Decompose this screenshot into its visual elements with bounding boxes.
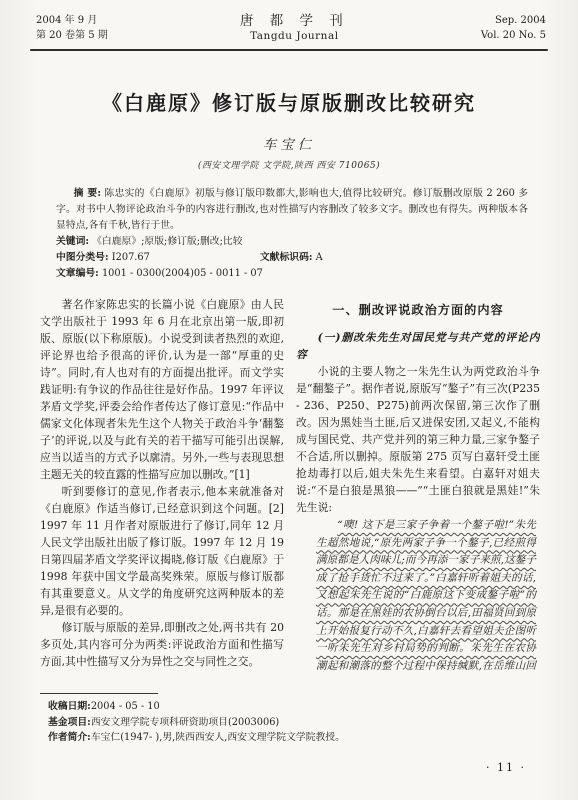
fund-project-label: 基金项目: <box>48 717 91 728</box>
received-date-line: 收稿日期:2004 - 05 - 10 <box>48 699 533 715</box>
doc-code-value: A <box>316 252 323 263</box>
received-date-value: 2004 - 05 - 10 <box>91 701 160 712</box>
article-title: 《白鹿原》修订版与原版删改比较研究 <box>0 87 578 116</box>
article-body: 著名作家陈忠实的长篇小说《白鹿原》由人民文学出版社于 1993 年 6 月在北京… <box>40 296 540 672</box>
article-id-line: 文章编号: 1001 - 0300(2004)05 - 0011 - 07 <box>56 266 528 282</box>
article-id-label: 文章编号: <box>56 268 99 279</box>
clc-value: I207.67 <box>112 252 150 263</box>
classification-line: 中图分类号: I207.67文献标识码: A <box>56 250 528 266</box>
body-paragraph-1: 著名作家陈忠实的长篇小说《白鹿原》由人民文学出版社于 1993 年 6 月在北京… <box>40 296 284 483</box>
journal-masthead: 2004 年 9 月 第 20 卷第 5 期 唐 都 学 刊 Tangdu Jo… <box>0 0 578 44</box>
abstract-text: 陈忠实的《白鹿原》初版与修订版印数都大,影响也大,值得比较研究。修订版删改原版 … <box>56 188 528 231</box>
header-divider-rule <box>30 49 548 51</box>
article-id-value: 1001 - 0300(2004)05 - 0011 - 07 <box>102 268 263 279</box>
received-date-label: 收稿日期: <box>48 701 91 712</box>
left-column: 著名作家陈忠实的长篇小说《白鹿原》由人民文学出版社于 1993 年 6 月在北京… <box>40 296 284 672</box>
footnote-block: 收稿日期:2004 - 05 - 10 基金项目:西安文理学院专项科研资助项目(… <box>48 699 533 746</box>
journal-page: 2004 年 9 月 第 20 卷第 5 期 唐 都 学 刊 Tangdu Jo… <box>0 0 578 800</box>
issue-date-cn: 2004 年 9 月 第 20 卷第 5 期 <box>36 13 108 43</box>
issue-date-cn-line1: 2004 年 9 月 <box>36 13 108 28</box>
author-name: 车宝仁 <box>0 133 578 153</box>
right-column: 一、删改评说政治方面的内容 (一)删改朱先生对国民党与共产党的评论内容 小说的主… <box>296 296 540 672</box>
keywords-text: 《白鹿原》;原版;修订版;删改;比较 <box>92 236 242 247</box>
author-bio-line: 作者简介:车宝仁(1947- ),男,陕西西安人,西安文理学院文学院教授。 <box>48 730 533 746</box>
clc-label: 中图分类号: <box>56 252 109 263</box>
abstract: 摘 要: 陈忠实的《白鹿原》初版与修订版印数都大,影响也大,值得比较研究。修订版… <box>56 186 528 234</box>
issue-date-en-line2: Vol. 20 No. 5 <box>481 28 546 43</box>
author-affiliation: (西安文理学院 文学院,陕西 西安 710065) <box>0 158 578 171</box>
fund-project-value: 西安文理学院专项科研资助项目(2003006) <box>91 717 279 728</box>
page-number: · 11 · <box>486 761 526 774</box>
subsection-heading: (一)删改朱先生对国民党与共产党的评论内容 <box>296 329 540 363</box>
author-bio-label: 作者简介: <box>48 732 91 743</box>
section-heading: 一、删改评说政治方面的内容 <box>296 302 540 319</box>
doc-code-label: 文献标识码: <box>260 252 313 263</box>
body-paragraph-2: 听到要修订的意见,作者表示,他本来就准备对《白鹿原》作适当修订,已经意识到这个问… <box>40 483 284 619</box>
article-meta: 摘 要: 陈忠实的《白鹿原》初版与修订版印数都大,影响也大,值得比较研究。修订版… <box>56 186 528 282</box>
body-paragraph-3: 修订版与原版的差异,即删改之处,两书共有 20 多页处,其内容可分为两类:评说政… <box>40 619 284 670</box>
journal-name-en: Tangdu Journal <box>240 29 349 44</box>
issue-date-en: Sep. 2004 Vol. 20 No. 5 <box>481 13 546 43</box>
keywords: 关键词: 《白鹿原》;原版;修订版;删改;比较 <box>56 234 528 250</box>
footnote-divider-rule <box>40 693 158 694</box>
issue-date-en-line1: Sep. 2004 <box>481 13 546 28</box>
abstract-label: 摘 要: <box>74 188 101 199</box>
author-bio-value: 车宝仁(1947- ),男,陕西西安人,西安文理学院文学院教授。 <box>91 732 345 743</box>
journal-name: 唐 都 学 刊 Tangdu Journal <box>240 13 349 44</box>
issue-date-cn-line2: 第 20 卷第 5 期 <box>36 28 108 43</box>
keywords-label: 关键词: <box>56 236 89 247</box>
journal-name-cn: 唐 都 学 刊 <box>240 13 349 29</box>
body-paragraph-4: 小说的主要人物之一朱先生认为两党政治斗争是“翻鏊子”。据作者说,原版写“鏊子”有… <box>296 363 540 516</box>
novel-quote-block: “噢! 这下是三家子争着一个鏊子啦!”朱先生超然地说,“原先两家子争一个鏊子,已… <box>316 517 536 672</box>
fund-project-line: 基金项目:西安文理学院专项科研资助项目(2003006) <box>48 715 533 731</box>
